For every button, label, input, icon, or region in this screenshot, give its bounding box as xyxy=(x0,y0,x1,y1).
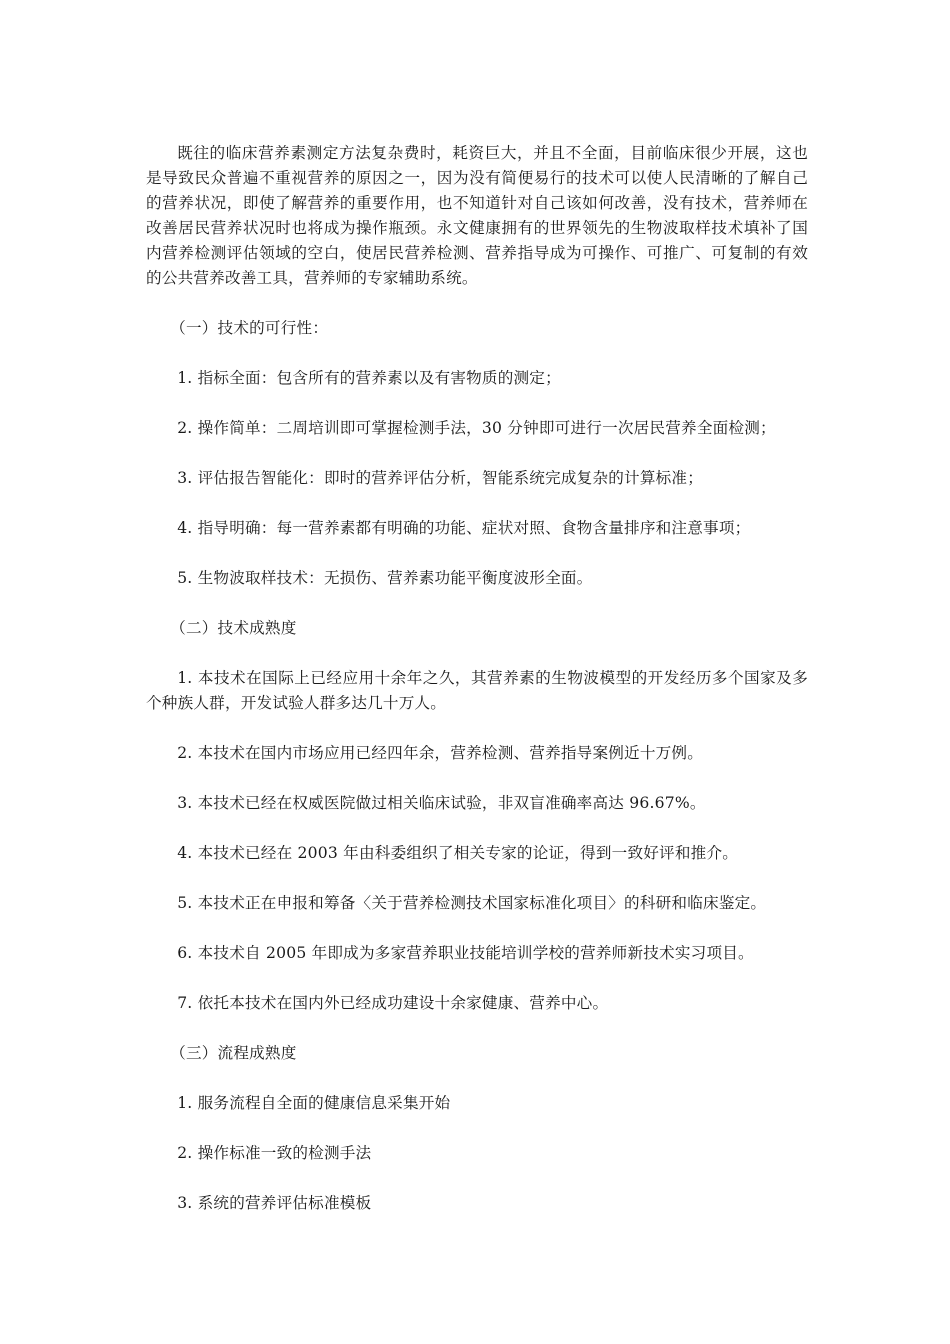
list-item: 5. 生物波取样技术：无损伤、营养素功能平衡度波形全面。 xyxy=(146,566,808,591)
list-item: 1. 本技术在国际上已经应用十余年之久，其营养素的生物波模型的开发经历多个国家及… xyxy=(146,666,808,716)
list-item: 3. 评估报告智能化：即时的营养评估分析，智能系统完成复杂的计算标准； xyxy=(146,466,808,491)
list-item: 4. 本技术已经在 2003 年由科委组织了相关专家的论证，得到一致好评和推介。 xyxy=(146,841,808,866)
section-heading-process-maturity: （三）流程成熟度 xyxy=(146,1041,808,1066)
list-item: 2. 本技术在国内市场应用已经四年余，营养检测、营养指导案例近十万例。 xyxy=(146,741,808,766)
intro-paragraph: 既往的临床营养素测定方法复杂费时，耗资巨大，并且不全面，目前临床很少开展，这也是… xyxy=(146,141,808,291)
section-heading-feasibility: （一）技术的可行性： xyxy=(146,316,808,341)
list-item: 5. 本技术正在申报和筹备〈关于营养检测技术国家标准化项目〉的科研和临床鉴定。 xyxy=(146,891,808,916)
section-heading-tech-maturity: （二）技术成熟度 xyxy=(146,616,808,641)
list-item: 2. 操作标准一致的检测手法 xyxy=(146,1141,808,1166)
document-page: 既往的临床营养素测定方法复杂费时，耗资巨大，并且不全面，目前临床很少开展，这也是… xyxy=(146,141,808,1241)
list-item: 1. 指标全面：包含所有的营养素以及有害物质的测定； xyxy=(146,366,808,391)
list-item: 7. 依托本技术在国内外已经成功建设十余家健康、营养中心。 xyxy=(146,991,808,1016)
list-item: 6. 本技术自 2005 年即成为多家营养职业技能培训学校的营养师新技术实习项目… xyxy=(146,941,808,966)
list-item: 3. 本技术已经在权威医院做过相关临床试验，非双盲准确率高达 96.67%。 xyxy=(146,791,808,816)
list-item: 1. 服务流程自全面的健康信息采集开始 xyxy=(146,1091,808,1116)
list-item: 4. 指导明确：每一营养素都有明确的功能、症状对照、食物含量排序和注意事项； xyxy=(146,516,808,541)
list-item: 3. 系统的营养评估标准模板 xyxy=(146,1191,808,1216)
list-item: 2. 操作简单：二周培训即可掌握检测手法，30 分钟即可进行一次居民营养全面检测… xyxy=(146,416,808,441)
